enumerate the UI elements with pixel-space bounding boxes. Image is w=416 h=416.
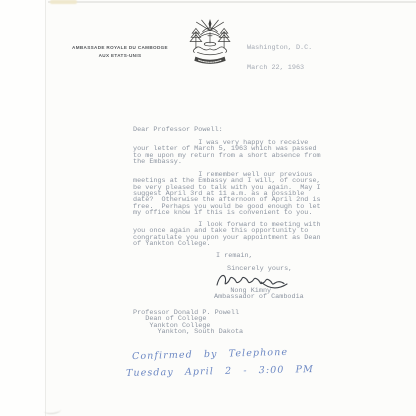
closing-i-remain: I remain, bbox=[216, 253, 253, 259]
salutation: Dear Professor Powell: bbox=[133, 127, 223, 133]
signer-name-block: Nong Kimny Ambassador of Cambodia bbox=[214, 288, 304, 301]
dateline-place: Washington, D.C. bbox=[247, 45, 312, 51]
page-top-edge bbox=[48, 1, 416, 3]
page-left-edge bbox=[45, 0, 46, 416]
paper-smudge-top bbox=[50, 0, 77, 4]
letterhead-org-line1: AMBASSADE ROYALE DU CAMBODGE bbox=[70, 44, 170, 52]
cambodia-royal-arms-icon bbox=[189, 18, 231, 66]
dateline-date: March 22, 1963 bbox=[247, 65, 304, 71]
letterhead-org: AMBASSADE ROYALE DU CAMBODGE AUX ETATS-U… bbox=[70, 44, 170, 60]
recipient-address-block: Professor Donald P. Powell Dean of Colle… bbox=[133, 310, 243, 335]
paragraph-1: I was very happy to receive your letter … bbox=[133, 140, 321, 165]
letter-photo: AMBASSADE ROYALE DU CAMBODGE AUX ETATS-U… bbox=[0, 0, 416, 416]
paragraph-2: I remember well our previous meetings at… bbox=[133, 172, 321, 216]
paragraph-3: I look forward to meeting with you once … bbox=[133, 222, 321, 247]
letterhead-org-line2: AUX ETATS-UNIS bbox=[70, 52, 170, 60]
